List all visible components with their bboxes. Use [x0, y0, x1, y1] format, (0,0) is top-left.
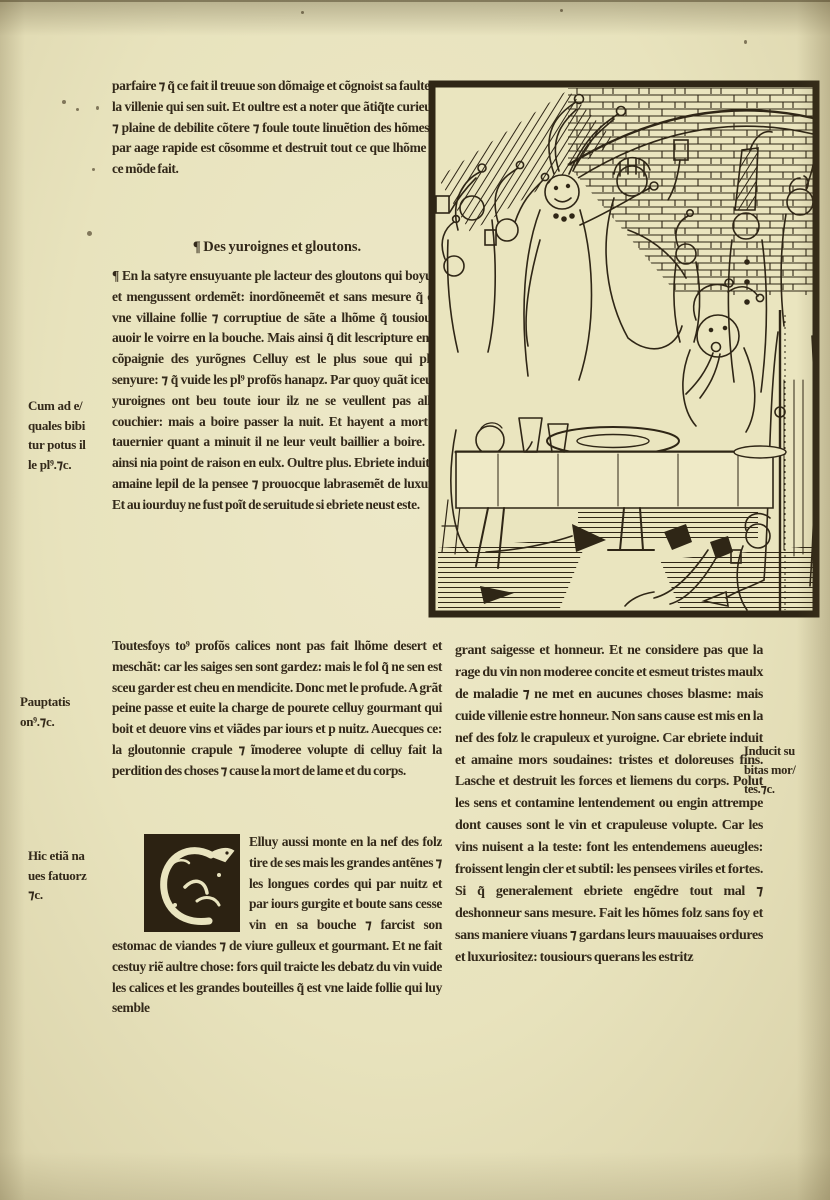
paper-speck — [92, 168, 95, 171]
chapter-heading: ¶ Des yuroignes et gloutons. — [112, 237, 442, 257]
paper-speck — [560, 9, 563, 12]
paper-speck — [87, 231, 92, 236]
paragraph-right-column: grant saigesse et honneur. Et ne conside… — [455, 640, 763, 969]
woodcut-art — [428, 80, 820, 618]
paragraph-celluy-nef: Elluy aussi monte en la nef des folz tir… — [112, 832, 442, 1019]
paper-speck — [62, 100, 66, 104]
paragraph-satire-of-gluttons: ¶ En la satyre ensuyuante ple lacteur de… — [112, 266, 442, 516]
paper-speck — [76, 108, 79, 111]
margin-note-inducit-subitas: Inducit su bitas mor/ tes.⁊c. — [744, 742, 830, 799]
paragraph-perfection-of-man: parfaire ⁊ q̃ ce fait il treuue son dõm… — [112, 76, 442, 180]
margin-note-paupertatis: Pauptatis on⁹.⁊c. — [20, 692, 124, 731]
paper-speck — [301, 11, 304, 14]
incunable-page: { "page": { "paper_color": "#e8e3bd", "i… — [0, 0, 830, 1200]
paper-speck — [744, 40, 747, 44]
margin-note-cum-adequales: Cum ad e/ quales bibi tur potus il le pl… — [28, 396, 138, 474]
woodcut-illustration — [428, 80, 820, 618]
paper-background: parfaire ⁊ q̃ ce fait il treuue son dõm… — [0, 0, 830, 1200]
paper-speck — [96, 106, 99, 110]
woodcut-initial-c — [145, 835, 239, 931]
paragraph-toutesfoys: Toutesfoys to⁹ profõs calices nont pas … — [112, 636, 442, 782]
dropcap-dragon-art — [145, 835, 239, 931]
margin-note-hic-etiam-naues: Hic etiã na ues fatuorz ⁊c. — [28, 846, 132, 905]
scan-top-edge — [0, 0, 830, 2]
